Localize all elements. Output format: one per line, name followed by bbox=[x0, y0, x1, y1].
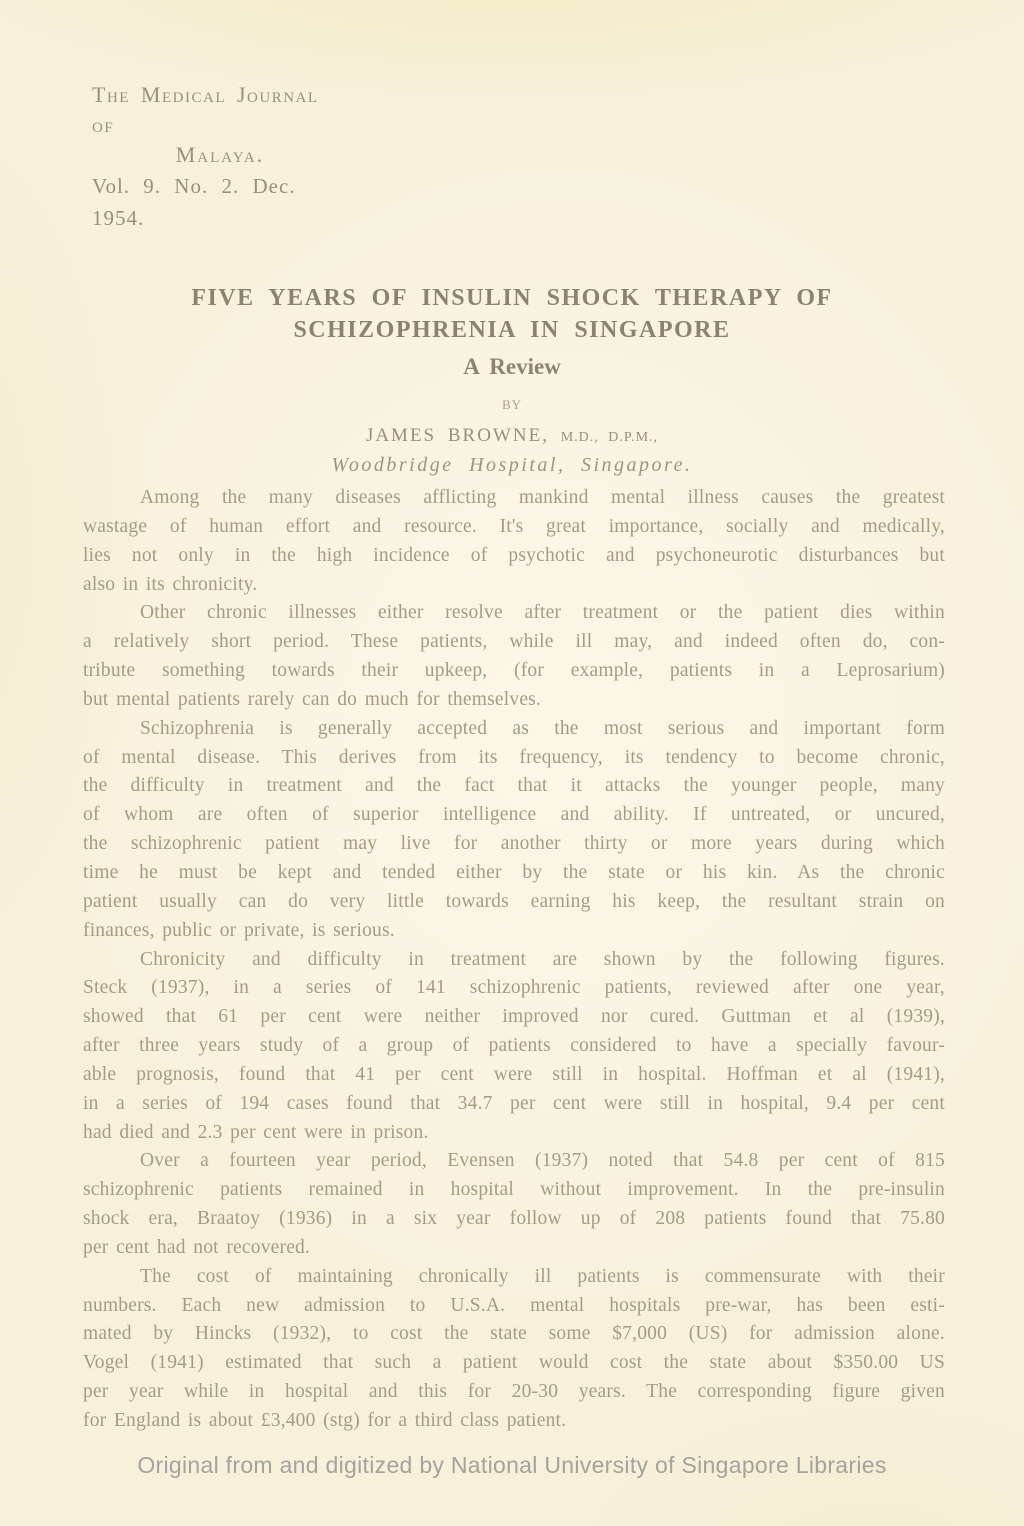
text-line: but mental patients rarely can do much f… bbox=[83, 686, 945, 715]
journal-masthead: The Medical Journal of Malaya. Vol. 9. N… bbox=[92, 80, 348, 234]
text-line: Steck (1937), in a series of 141 schizop… bbox=[83, 974, 945, 1003]
text-line: time he must be kept and tended either b… bbox=[83, 859, 945, 888]
text-line: showed that 61 per cent were neither imp… bbox=[83, 1003, 945, 1032]
article-title-line2: SCHIZOPHRENIA IN SINGAPORE bbox=[0, 314, 1024, 346]
article-title-line1: FIVE YEARS OF INSULIN SHOCK THERAPY OF bbox=[0, 282, 1024, 314]
text-line: the difficulty in treatment and the fact… bbox=[83, 772, 945, 801]
text-line: finances, public or private, is serious. bbox=[83, 917, 945, 946]
text-line: Schizophrenia is generally accepted as t… bbox=[83, 715, 945, 744]
paragraph: Over a fourteen year period, Evensen (19… bbox=[83, 1147, 945, 1262]
author-name: JAMES BROWNE, bbox=[366, 425, 549, 446]
digitization-credit: Original from and digitized by National … bbox=[0, 1452, 1024, 1479]
byline-label: BY bbox=[0, 397, 1024, 413]
text-line: Over a fourteen year period, Evensen (19… bbox=[83, 1147, 945, 1176]
text-line: Chronicity and difficulty in treatment a… bbox=[83, 946, 945, 975]
text-line: had died and 2.3 per cent were in prison… bbox=[83, 1119, 945, 1148]
paragraph: Chronicity and difficulty in treatment a… bbox=[83, 946, 945, 1148]
text-line: numbers. Each new admission to U.S.A. me… bbox=[83, 1292, 945, 1321]
journal-name: The Medical Journal of bbox=[92, 80, 348, 140]
text-line: Other chronic illnesses either resolve a… bbox=[83, 599, 945, 628]
text-line: the schizophrenic patient may live for a… bbox=[83, 830, 945, 859]
author-line: JAMES BROWNE, M.D., D.P.M., bbox=[0, 425, 1024, 447]
text-line: schizophrenic patients remained in hospi… bbox=[83, 1176, 945, 1205]
text-line: of whom are often of superior intelligen… bbox=[83, 801, 945, 830]
paragraph: The cost of maintaining chronically ill … bbox=[83, 1263, 945, 1436]
article-header: FIVE YEARS OF INSULIN SHOCK THERAPY OF S… bbox=[0, 282, 1024, 477]
text-line: shock era, Braatoy (1936) in a six year … bbox=[83, 1205, 945, 1234]
text-line: per cent had not recovered. bbox=[83, 1234, 945, 1263]
journal-issue: Vol. 9. No. 2. Dec. 1954. bbox=[92, 170, 348, 234]
text-line: also in its chronicity. bbox=[83, 571, 945, 600]
scanned-page: The Medical Journal of Malaya. Vol. 9. N… bbox=[0, 0, 1024, 1526]
text-line: in a series of 194 cases found that 34.7… bbox=[83, 1090, 945, 1119]
text-line: tribute something towards their upkeep, … bbox=[83, 657, 945, 686]
text-line: mated by Hincks (1932), to cost the stat… bbox=[83, 1320, 945, 1349]
text-line: lies not only in the high incidence of p… bbox=[83, 542, 945, 571]
text-line: Vogel (1941) estimated that such a patie… bbox=[83, 1349, 945, 1378]
paragraph: Schizophrenia is generally accepted as t… bbox=[83, 715, 945, 946]
text-line: patient usually can do very little towar… bbox=[83, 888, 945, 917]
paragraph: Among the many diseases afflicting manki… bbox=[83, 484, 945, 599]
article-subtitle: A Review bbox=[0, 354, 1024, 380]
text-line: for England is about £3,400 (stg) for a … bbox=[83, 1407, 945, 1436]
text-line: per year while in hospital and this for … bbox=[83, 1378, 945, 1407]
article-body: Among the many diseases afflicting manki… bbox=[83, 484, 945, 1436]
text-line: a relatively short period. These patient… bbox=[83, 628, 945, 657]
text-line: wastage of human effort and resource. It… bbox=[83, 513, 945, 542]
text-line: The cost of maintaining chronically ill … bbox=[83, 1263, 945, 1292]
text-line: Among the many diseases afflicting manki… bbox=[83, 484, 945, 513]
text-line: after three years study of a group of pa… bbox=[83, 1032, 945, 1061]
author-affiliation: Woodbridge Hospital, Singapore. bbox=[0, 454, 1024, 477]
text-line: of mental disease. This derives from its… bbox=[83, 744, 945, 773]
paragraph: Other chronic illnesses either resolve a… bbox=[83, 599, 945, 714]
journal-name-malaya: Malaya. bbox=[92, 140, 348, 170]
text-line: able prognosis, found that 41 per cent w… bbox=[83, 1061, 945, 1090]
author-degrees: M.D., D.P.M., bbox=[561, 430, 658, 445]
